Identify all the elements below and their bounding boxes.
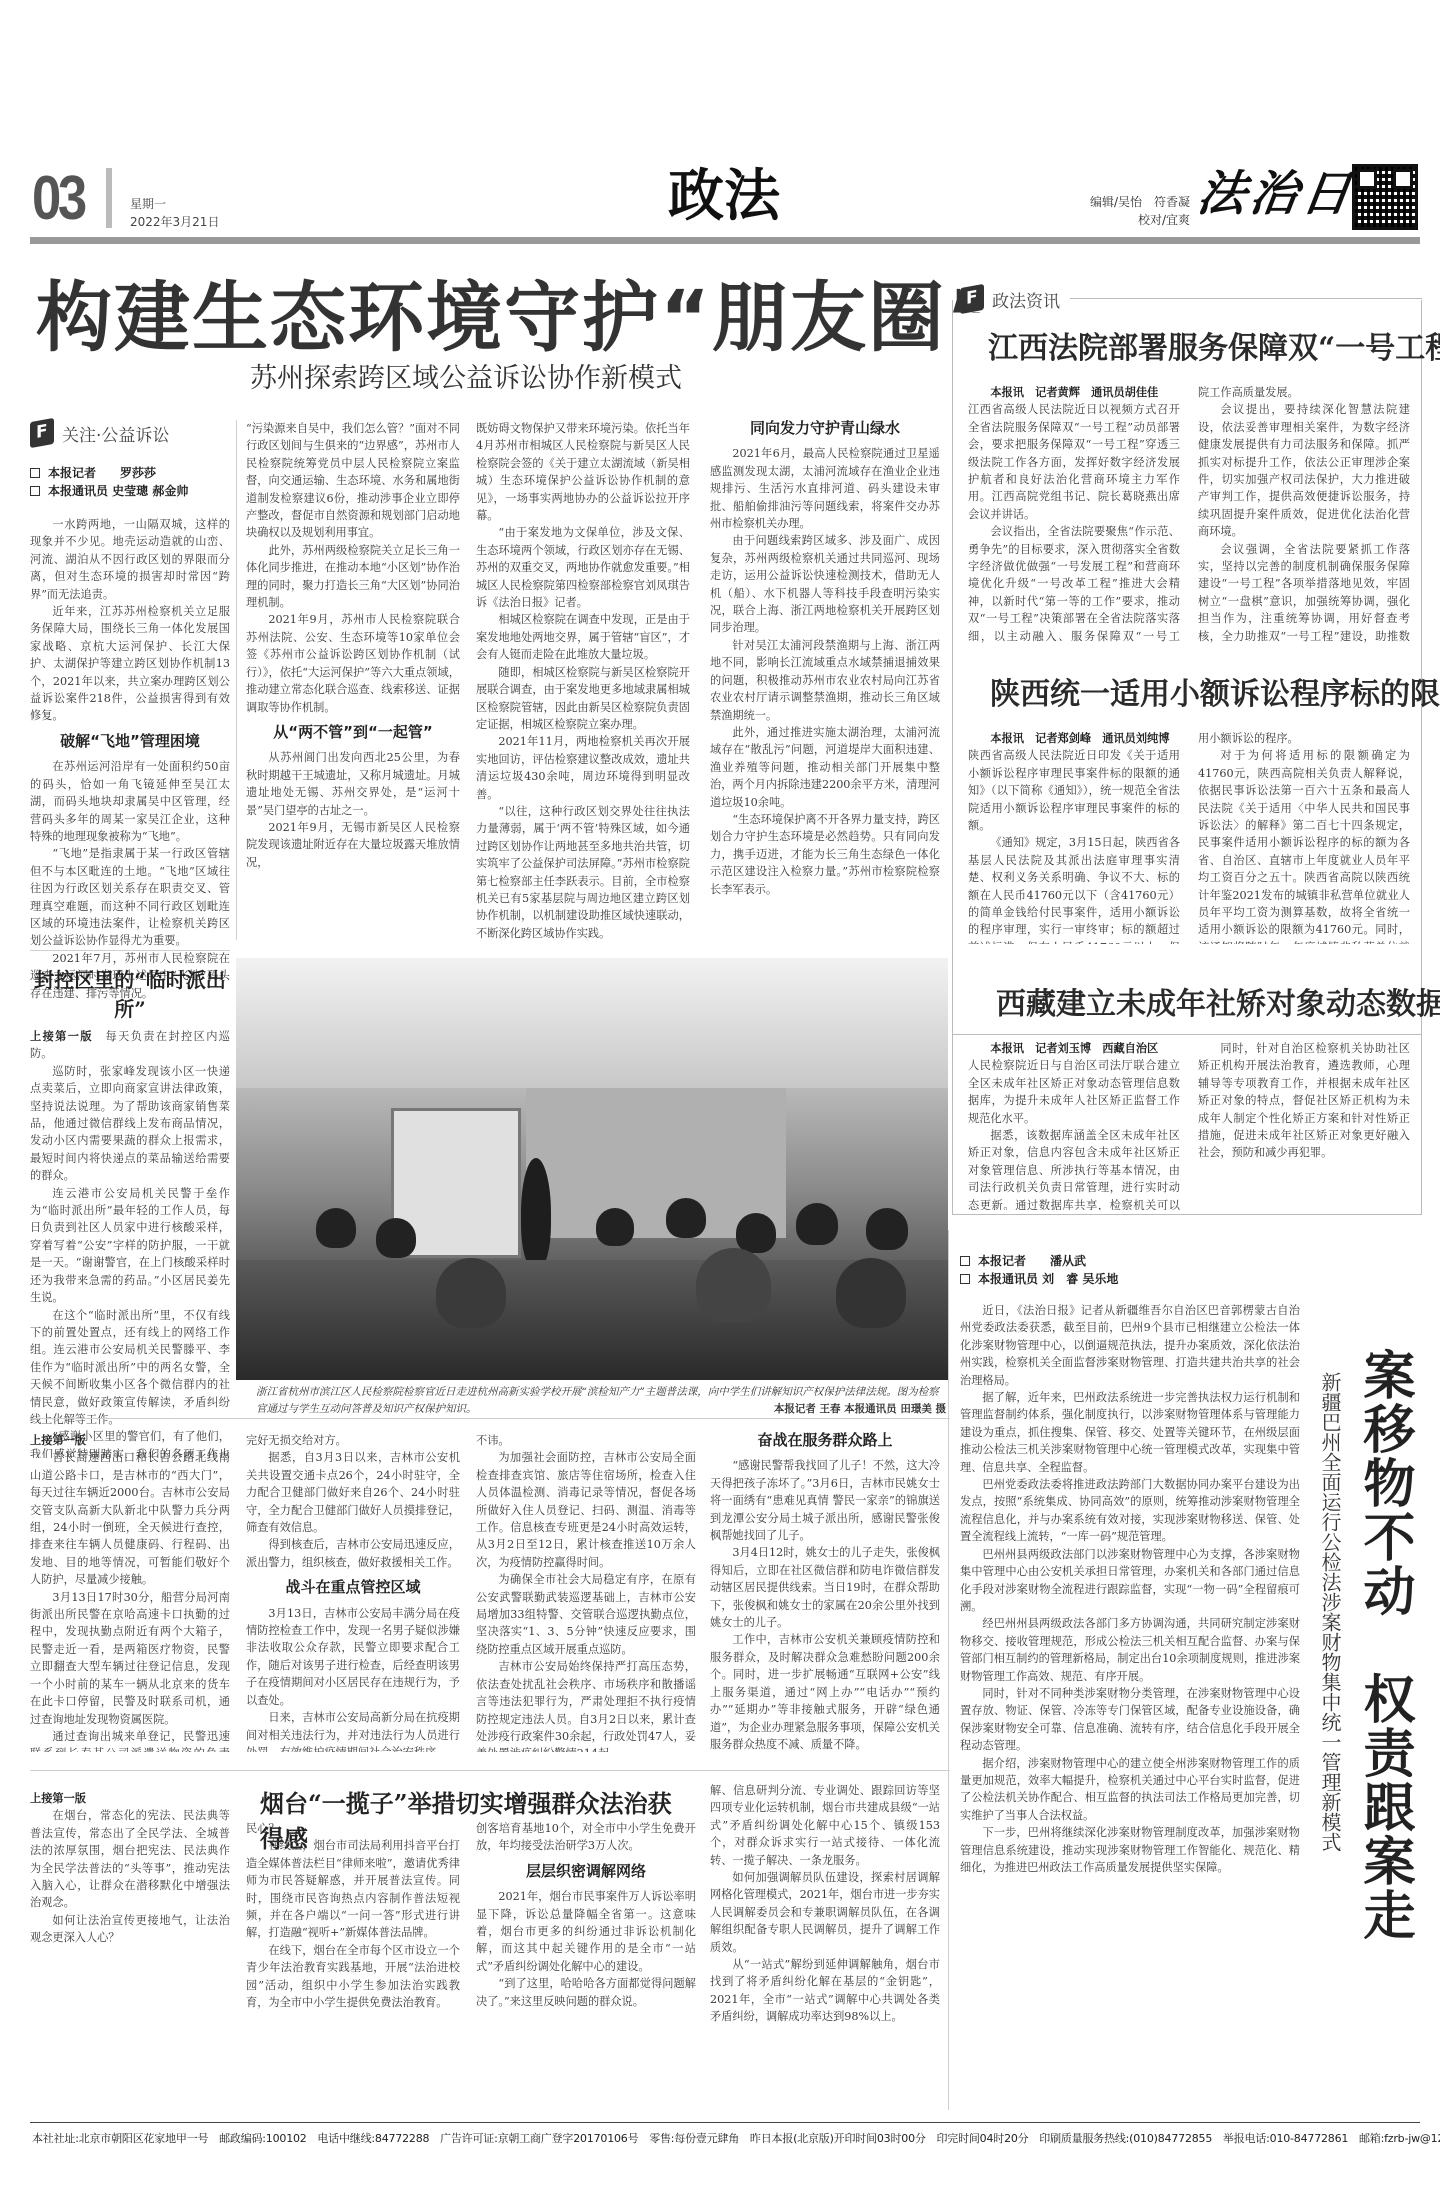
byline-correspondent: 本报通讯员 史莹璁 郝金帅 (30, 482, 230, 500)
footer-rule (30, 2122, 1420, 2123)
editor-credits: 编辑/吴怡 符香凝 校对/宜爽 (1050, 193, 1190, 229)
section-divider (30, 950, 230, 951)
issue-date: 2022年3月21日 (130, 213, 219, 231)
brief-3-col-1: 本报讯 记者刘玉博 西藏自治区 人民检察院近日与自治区司法厅联合建立全区未成年社… (968, 1040, 1180, 1210)
brief-headline: 西藏建立未成年社矫对象动态数据库 (996, 990, 1440, 1020)
column-tag: 关注·公益诉讼 (30, 420, 230, 446)
covid-headline: 封控区里的“临时派出所” (30, 964, 230, 1022)
lead-col-4: 同向发力守护青山绿水 2021年6月，最高人民检察院通过卫星遥感监测发现太湖，太… (710, 420, 940, 960)
f-logo-icon (960, 284, 984, 314)
checkbox-glyph-icon (960, 1274, 970, 1284)
yantai-col-4: 解、信息研判分流、专业调处、跟踪回访等坚四项专业化运转机制，烟台市共建成县级“一… (710, 1782, 940, 2110)
subheading: 战斗在重点管控区域 (246, 1579, 460, 1596)
lead-col-2: “污染源来自吴中，我们怎么管？”面对不同行政区划间与生俱来的“边界感”，苏州市人… (246, 420, 460, 960)
xinjiang-byline: 本报记者 潘从武 本报通讯员 刘 睿 吴乐地 (960, 1252, 1260, 1288)
jilin-col-3: 不讳。 为加强社会面防控，吉林市公安局全面检查排查宾馆、旅店等住宿场所，检查入住… (476, 1432, 696, 1752)
byline: 本报记者 罗莎莎 本报通讯员 史莹璁 郝金帅 (30, 464, 230, 500)
lead-subheadline: 苏州探索跨区域公益诉讼协作新模式 (250, 365, 682, 392)
subheading: 层层织密调解网络 (476, 1863, 696, 1880)
jilin-col-4: 奋战在服务群众路上 “感谢民警帮我找回了儿子！不然，这大冷天得把孩子冻坏了。”3… (710, 1432, 940, 1752)
column-tag-label: 关注·公益诉讼 (62, 421, 169, 446)
photo-caption: 浙江省杭州市滨江区人民检察院检察官近日走进杭州高新实验学校开展“滨检知产力”主题… (256, 1384, 946, 1418)
checkbox-glyph-icon (30, 486, 40, 496)
column-divider (948, 1230, 949, 2110)
proofreader: 校对/宜爽 (1050, 211, 1190, 229)
qr-code-icon[interactable] (1352, 164, 1418, 230)
weekday: 星期一 (130, 195, 219, 213)
brief-1-col-2: 院工作高质量发展。 会议提出，要持续深化智慧法院建设，依法妥善审理相关案件，为数… (1198, 384, 1410, 644)
masthead-rule (30, 237, 1420, 244)
brief-lead: 本报讯 记者郑剑峰 通讯员刘纯博 (990, 732, 1169, 745)
xinjiang-headline: 案移物不动 权责跟案走 (1352, 1348, 1412, 1942)
subheading: 同向发力守护青山绿水 (710, 420, 940, 437)
lead-col-3: 既妨碍文物保护又带来环境污染。依托当年4月苏州市相城区人民检察院与新吴区人民检察… (476, 420, 690, 960)
page-number: 03 (32, 168, 84, 230)
page-number-divider (106, 168, 112, 228)
section-title: 政法 (668, 168, 780, 224)
jilin-col-2: 完好无损交给对方。 据悉，自3月3日以来，吉林市公安机关共设置交通卡点26个，2… (246, 1432, 460, 1752)
jilin-col-1: 上接第一版 吉长高速西出口和长吉公路北线南山道公路卡口，是吉林市的“西大门”，每… (30, 1432, 230, 1752)
brief-3-col-2: 同时，针对自治区检察机关协助社区矫正机构开展法治教育，遴选教师，心理辅导等专项教… (1198, 1040, 1410, 1210)
yantai-col-1: 上接第一版 在烟台，常态化的宪法、民法典等普法宣传，常态出了全民学法、全城普法的… (30, 1790, 230, 2110)
brief-2-col-1: 本报讯 记者郑剑峰 通讯员刘纯博 陕西省高级人民法院近日印发《关于适用小额诉讼程… (968, 730, 1180, 944)
brief-lead: 本报讯 记者黄辉 通讯员胡佳佳 (990, 386, 1158, 399)
f-logo-icon (30, 418, 54, 448)
yantai-col-3: 创客培育基地10个，对全市中小学生免费开放，年均接受法治研学3万人次。 层层织密… (476, 1820, 696, 2110)
section-divider (30, 1770, 950, 1771)
checkbox-glyph-icon (960, 1256, 970, 1266)
brief-headline: 江西法院部署服务保障双“一号工程” (988, 334, 1440, 364)
subheading: 破解“飞地”管理困境 (30, 733, 230, 750)
yantai-col-2: 民心？ 在线上，烟台市司法局利用抖音平台打造全媒体普法栏目“律师来啦”，邀请优秀… (246, 1820, 460, 2110)
footer-imprint: 本社社址:北京市朝阳区花家地甲一号 邮政编码:100102 电话中继线:8477… (32, 2130, 1422, 2146)
article-body: 上接第一版 每天负责在封控区内巡防。 巡防时，张家峰发现该小区一快递点卖菜后，立… (30, 1028, 230, 1458)
sidebar-tag-label: 政法资讯 (992, 287, 1060, 312)
lead-col-1: 关注·公益诉讼 本报记者 罗莎莎 本报通讯员 史莹璁 郝金帅 一水跨两地，一山隔… (30, 420, 230, 1002)
editors: 编辑/吴怡 符香凝 (1050, 193, 1190, 211)
subheading: 奋战在服务群众路上 (710, 1432, 940, 1449)
sidebar-tag: 政法资讯 (960, 286, 1068, 312)
byline-reporter: 本报记者 罗莎莎 (30, 464, 230, 482)
sidebar-top-rule (1070, 298, 1422, 299)
lead-headline: 构建生态环境守护“朋友圈” (36, 280, 998, 356)
brief-2-col-2: 用小额诉讼的程序。 对于为何将适用标的限额确定为41760元，陕西高院相关负责人… (1198, 730, 1410, 944)
checkbox-glyph-icon (30, 468, 40, 478)
subheading: 从“两不管”到“一起管” (246, 724, 460, 741)
xinjiang-subheadline: 新疆巴州全面运行公检法涉案财物集中统一管理新模式 (1312, 1372, 1342, 1852)
brief-lead: 本报讯 记者刘玉博 西藏自治区 (990, 1042, 1158, 1055)
brief-1-col-1: 本报讯 记者黄辉 通讯员胡佳佳 江西省高级人民法院近日以视频方式召开全省法院服务… (968, 384, 1180, 644)
covid-story: 封控区里的“临时派出所” 上接第一版 每天负责在封控区内巡防。 巡防时，张家峰发… (30, 960, 230, 1458)
article-body: 一水跨两地，一山隔双城，这样的现象并不少见。地壳运动造就的山峦、河流、湖泊从不因… (30, 516, 230, 1002)
section-divider (30, 1418, 950, 1419)
news-photo[interactable] (236, 958, 948, 1380)
column-divider (236, 420, 237, 940)
photo-credit: 本报记者 王春 本报通讯员 田璟美 摄 (774, 1401, 946, 1418)
brief-headline: 陕西统一适用小额诉讼程序标的限额 (990, 680, 1440, 710)
xinjiang-body: 近日，《法治日报》记者从新疆维吾尔自治区巴音郭楞蒙古自治州党委政法委获悉，截至目… (960, 1302, 1300, 2112)
date-block: 星期一 2022年3月21日 (130, 195, 219, 231)
